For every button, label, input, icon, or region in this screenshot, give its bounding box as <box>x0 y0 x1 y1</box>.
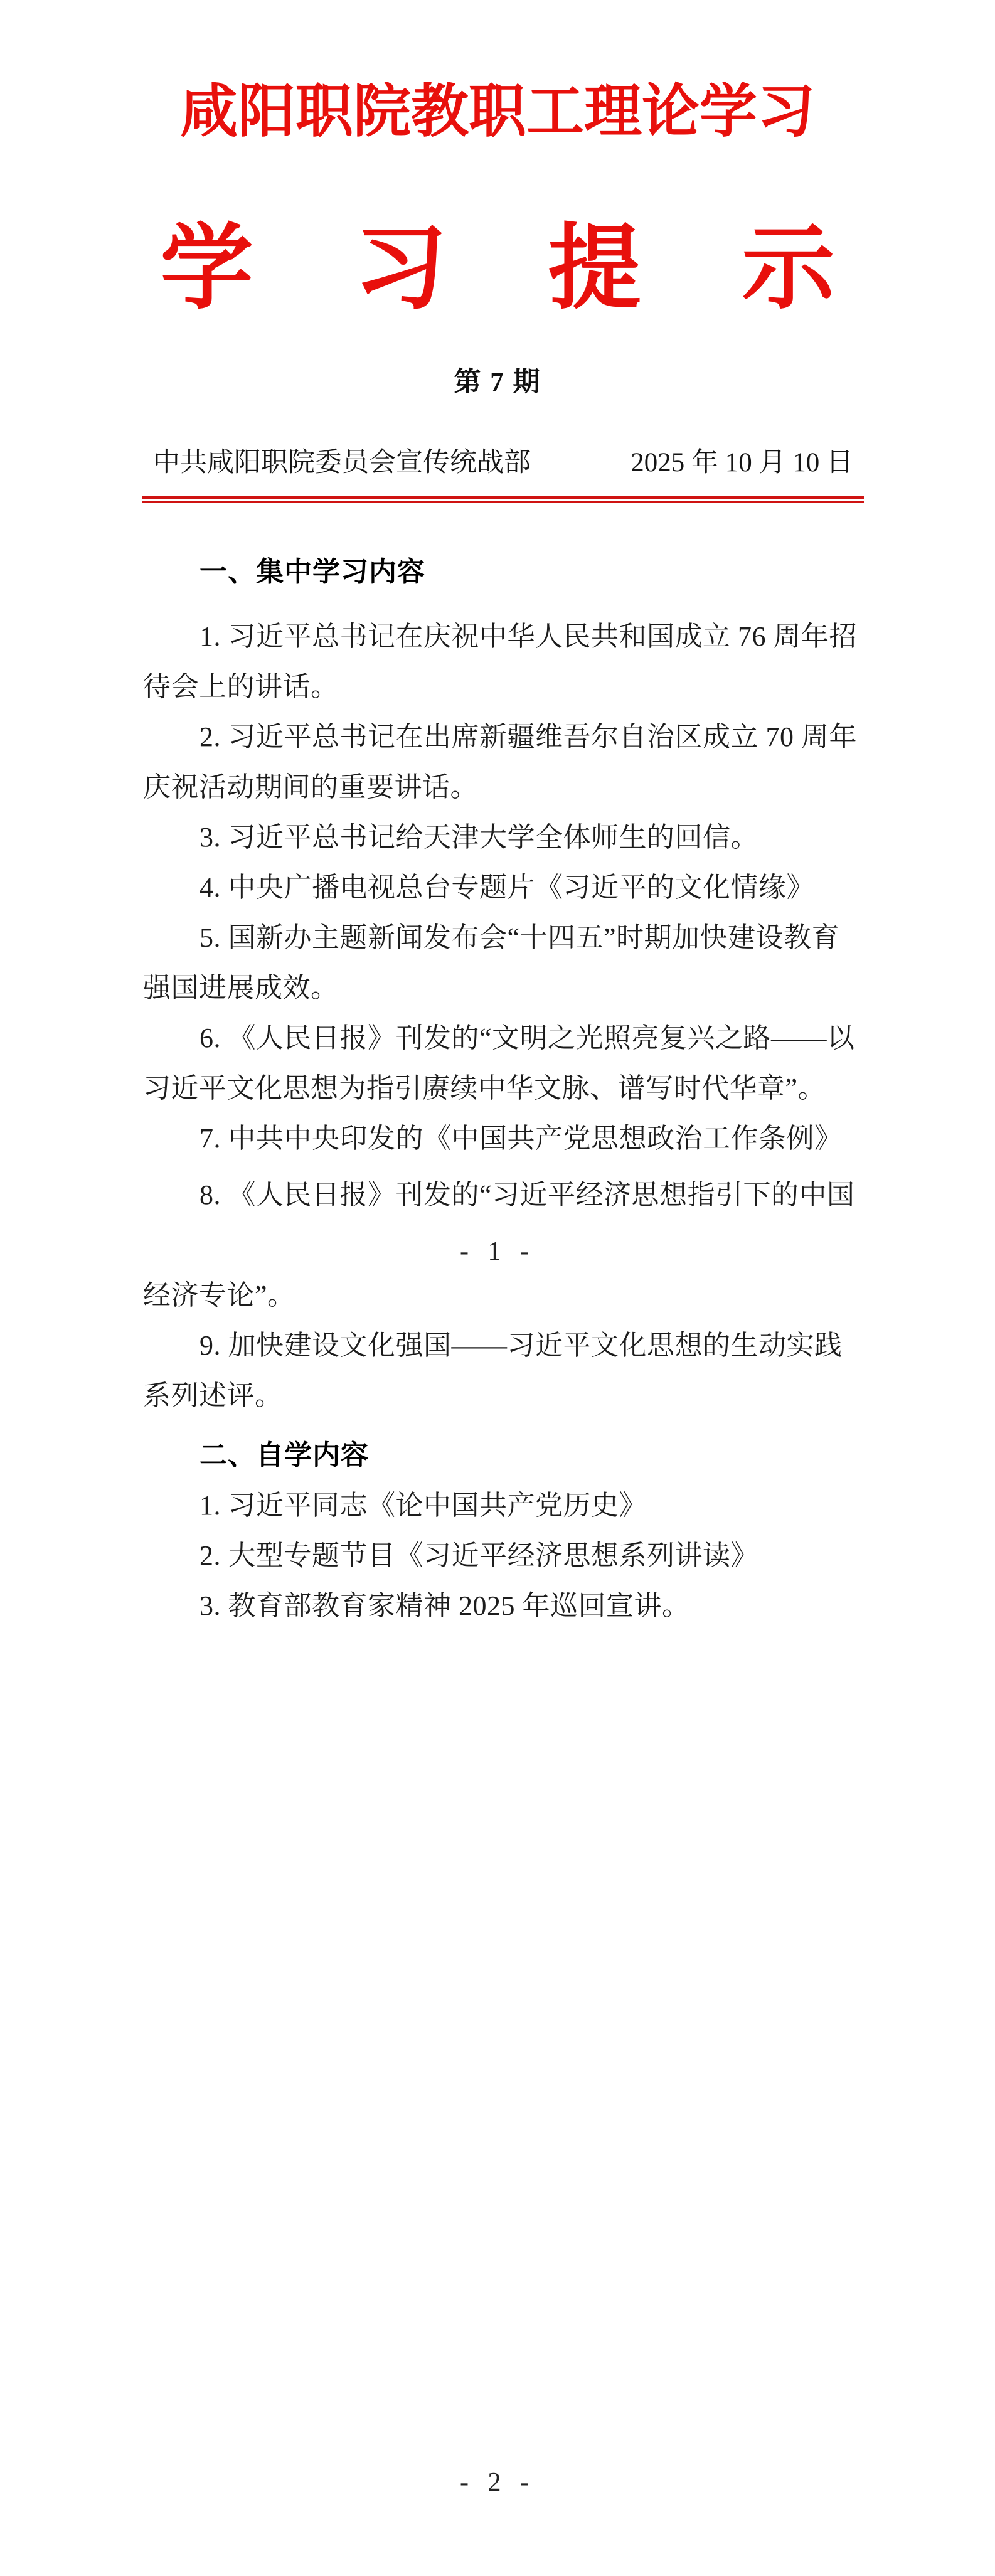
document-title: 学 习 提 示 <box>0 218 995 321</box>
continuation-line: 庆祝活动期间的重要讲话。 <box>143 762 866 812</box>
list-item-line: 7. 中共中央印发的《中国共产党思想政治工作条例》 <box>143 1114 866 1164</box>
continuation-line: 习近平文化思想为指引赓续中华文脉、谱写时代华章”。 <box>143 1063 866 1114</box>
section-1-heading: 一、集中学习内容 <box>143 547 866 597</box>
list-item-line: 4. 中央广播电视总台专题片《习近平的文化情缘》 <box>143 863 866 913</box>
continuation-line: 强国进展成效。 <box>143 963 866 1013</box>
document-body: 一、集中学习内容 1. 习近平总书记在庆祝中华人民共和国成立 76 周年招 待会… <box>143 547 866 1631</box>
list-item-line: 6. 《人民日报》刊发的“文明之光照亮复兴之路——以 <box>143 1013 866 1063</box>
list-item-line: 3. 习近平总书记给天津大学全体师生的回信。 <box>143 812 866 863</box>
list-item-line: 8. 《人民日报》刊发的“习近平经济思想指引下的中国 <box>143 1170 866 1220</box>
double-red-rule <box>142 496 864 503</box>
list-item-line: 5. 国新办主题新闻发布会“十四五”时期加快建设教育 <box>143 913 866 963</box>
list-item-line: 3. 教育部教育家精神 2025 年巡回宣讲。 <box>143 1581 866 1631</box>
issue-number: 第 7 期 <box>0 366 995 399</box>
publisher-name: 中共咸阳职院委员会宣传统战部 <box>153 447 531 479</box>
continuation-line: 系列述评。 <box>143 1371 866 1421</box>
document-page: 咸阳职院教职工理论学习 学 习 提 示 第 7 期 中共咸阳职院委员会宣传统战部… <box>0 0 995 2576</box>
masthead-title: 咸阳职院教职工理论学习 <box>0 79 995 146</box>
list-item-line: 1. 习近平同志《论中国共产党历史》 <box>143 1481 866 1531</box>
continuation-line: 经济专论”。 <box>143 1270 866 1321</box>
list-item-line: 1. 习近平总书记在庆祝中华人民共和国成立 76 周年招 <box>143 612 866 662</box>
list-item-line: 9. 加快建设文化强国——习近平文化思想的生动实践 <box>143 1321 866 1371</box>
list-item-line: 2. 大型专题节目《习近平经济思想系列讲读》 <box>143 1531 866 1581</box>
publish-date: 2025 年 10 月 10 日 <box>631 447 853 479</box>
publisher-row: 中共咸阳职院委员会宣传统战部 2025 年 10 月 10 日 <box>143 447 863 479</box>
continuation-line: 待会上的讲话。 <box>143 662 866 712</box>
section-2-heading: 二、自学内容 <box>143 1430 866 1481</box>
page-1-number: - 1 - <box>0 1236 995 1267</box>
list-item-line: 2. 习近平总书记在出席新疆维吾尔自治区成立 70 周年 <box>143 712 866 762</box>
page-2-number: - 2 - <box>0 2467 995 2498</box>
